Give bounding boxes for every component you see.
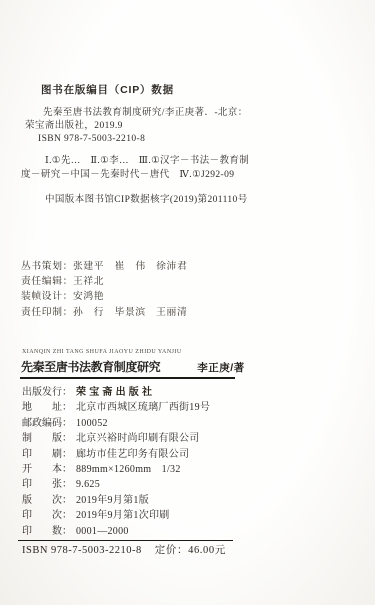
staff-value: 张建平 崔 伟 徐沛君 — [73, 261, 187, 272]
colophon-row-edition: 版次：2019年9月第1版 — [22, 491, 210, 506]
cip-entry-line-2: 荣宝斋出版社，2019.9 — [25, 121, 123, 133]
colophon-colon: ： — [62, 522, 72, 537]
colophon-value: 889mm×1260mm 1/32 — [76, 460, 181, 475]
colophon-colon: ： — [62, 475, 72, 490]
colophon-block: 出版发行：荣宝斋出版社 地址：北京市西城区琉璃厂西街19号 邮政编码：10005… — [22, 383, 210, 537]
colophon-value: 0001—2000 — [76, 526, 129, 537]
colophon-value: 北京市西城区琉璃厂西街19号 — [76, 398, 210, 413]
colophon-label: 印次 — [22, 506, 62, 521]
title-rule — [20, 377, 235, 379]
colophon-row-sheets: 印张：9.625 — [22, 475, 210, 490]
cip-entry-line-1: 先秦至唐书法教育制度研究/李正庚著．-北京： — [43, 108, 248, 120]
staff-label: 责任编辑： — [21, 276, 73, 287]
cip-classification-line-1: Ⅰ.①先… Ⅱ.①李… Ⅲ.①汉字－书法－教育制 — [45, 156, 249, 168]
colophon-value: 北京兴裕时尚印刷有限公司 — [76, 429, 200, 444]
colophon-value: 2019年9月第1版 — [76, 491, 149, 506]
colophon-label: 印张 — [22, 475, 62, 490]
price-label: 定价：46.00元 — [155, 545, 226, 556]
colophon-label: 开本 — [22, 460, 62, 475]
colophon-value: 9.625 — [76, 479, 100, 490]
colophon-row-format: 开本：889mm×1260mm 1/32 — [22, 460, 210, 475]
book-copyright-page: 图书在版编目（CIP）数据 先秦至唐书法教育制度研究/李正庚著．-北京： 荣宝斋… — [0, 0, 375, 605]
colophon-label: 地址 — [22, 398, 62, 413]
title-row: 先秦至唐书法教育制度研究 李正庚/著 — [21, 360, 245, 375]
colophon-row-printing: 印刷：廊坊市佳艺印务有限公司 — [22, 445, 210, 460]
colophon-colon: ： — [62, 398, 72, 413]
staff-value: 王祥北 — [73, 276, 104, 287]
colophon-value: 2019年9月第1次印刷 — [76, 506, 170, 521]
colophon-row-publisher: 出版发行：荣宝斋出版社 — [22, 383, 210, 398]
staff-label: 装帧设计： — [21, 291, 73, 302]
cip-header: 图书在版编目（CIP）数据 — [41, 84, 174, 97]
isbn-line: ISBN 978-7-5003-2210-8定价：46.00元 — [22, 544, 226, 557]
colophon-row-impression: 印次：2019年9月第1次印刷 — [22, 506, 210, 521]
cip-record-number: 中国版本图书馆CIP数据核字(2019)第201110号 — [45, 195, 248, 207]
colophon-label: 印数 — [22, 522, 62, 537]
colophon-row-print-run: 印数：0001—2000 — [22, 522, 210, 537]
colophon-label: 邮政编码 — [22, 414, 62, 429]
colophon-value: 100052 — [76, 418, 108, 429]
staff-value: 孙 行 毕景滨 王丽清 — [73, 307, 187, 318]
cip-classification-line-2: 度－研究－中国－先秦时代－唐代 Ⅳ.①J292-09 — [21, 170, 234, 182]
colophon-colon: ： — [62, 429, 72, 444]
colophon-label: 出版发行 — [22, 383, 62, 398]
colophon-label: 印刷 — [22, 445, 62, 460]
colophon-row-platemaking: 制版：北京兴裕时尚印刷有限公司 — [22, 429, 210, 444]
colophon-label: 版次 — [22, 491, 62, 506]
cip-entry-line-3: ISBN 978-7-5003-2210-8 — [38, 134, 145, 146]
colophon-colon: ： — [62, 460, 72, 475]
colophon-colon: ： — [62, 506, 72, 521]
colophon-colon: ： — [62, 383, 72, 398]
staff-row-designer: 装帧设计：安鸿艳 — [21, 288, 187, 303]
staff-label: 责任印制： — [21, 307, 73, 318]
colophon-colon: ： — [62, 445, 72, 460]
title-pinyin: XIANQIN ZHI TANG SHUFA JIAOYU ZHIDU YANJ… — [22, 349, 182, 357]
book-title: 先秦至唐书法教育制度研究 — [21, 360, 160, 375]
colophon-row-postcode: 邮政编码：100052 — [22, 414, 210, 429]
footer-rule — [18, 540, 233, 541]
publisher-name: 荣宝斋出版社 — [76, 383, 155, 398]
colophon-label: 制版 — [22, 429, 62, 444]
colophon-row-address: 地址：北京市西城区琉璃厂西街19号 — [22, 398, 210, 413]
staff-row-editor: 责任编辑：王祥北 — [21, 273, 187, 288]
staff-credits-block: 丛书策划：张建平 崔 伟 徐沛君 责任编辑：王祥北 装帧设计：安鸿艳 责任印制：… — [21, 258, 187, 319]
isbn-number: ISBN 978-7-5003-2210-8 — [22, 545, 142, 556]
staff-value: 安鸿艳 — [73, 291, 104, 302]
staff-row-series-planning: 丛书策划：张建平 崔 伟 徐沛君 — [21, 258, 187, 273]
staff-label: 丛书策划： — [21, 261, 73, 272]
colophon-colon: ： — [62, 491, 72, 506]
colophon-colon: ： — [62, 414, 72, 429]
colophon-value: 廊坊市佳艺印务有限公司 — [76, 445, 189, 460]
book-author: 李正庚/著 — [197, 362, 244, 375]
staff-row-print-supervisor: 责任印制：孙 行 毕景滨 王丽清 — [21, 304, 187, 319]
